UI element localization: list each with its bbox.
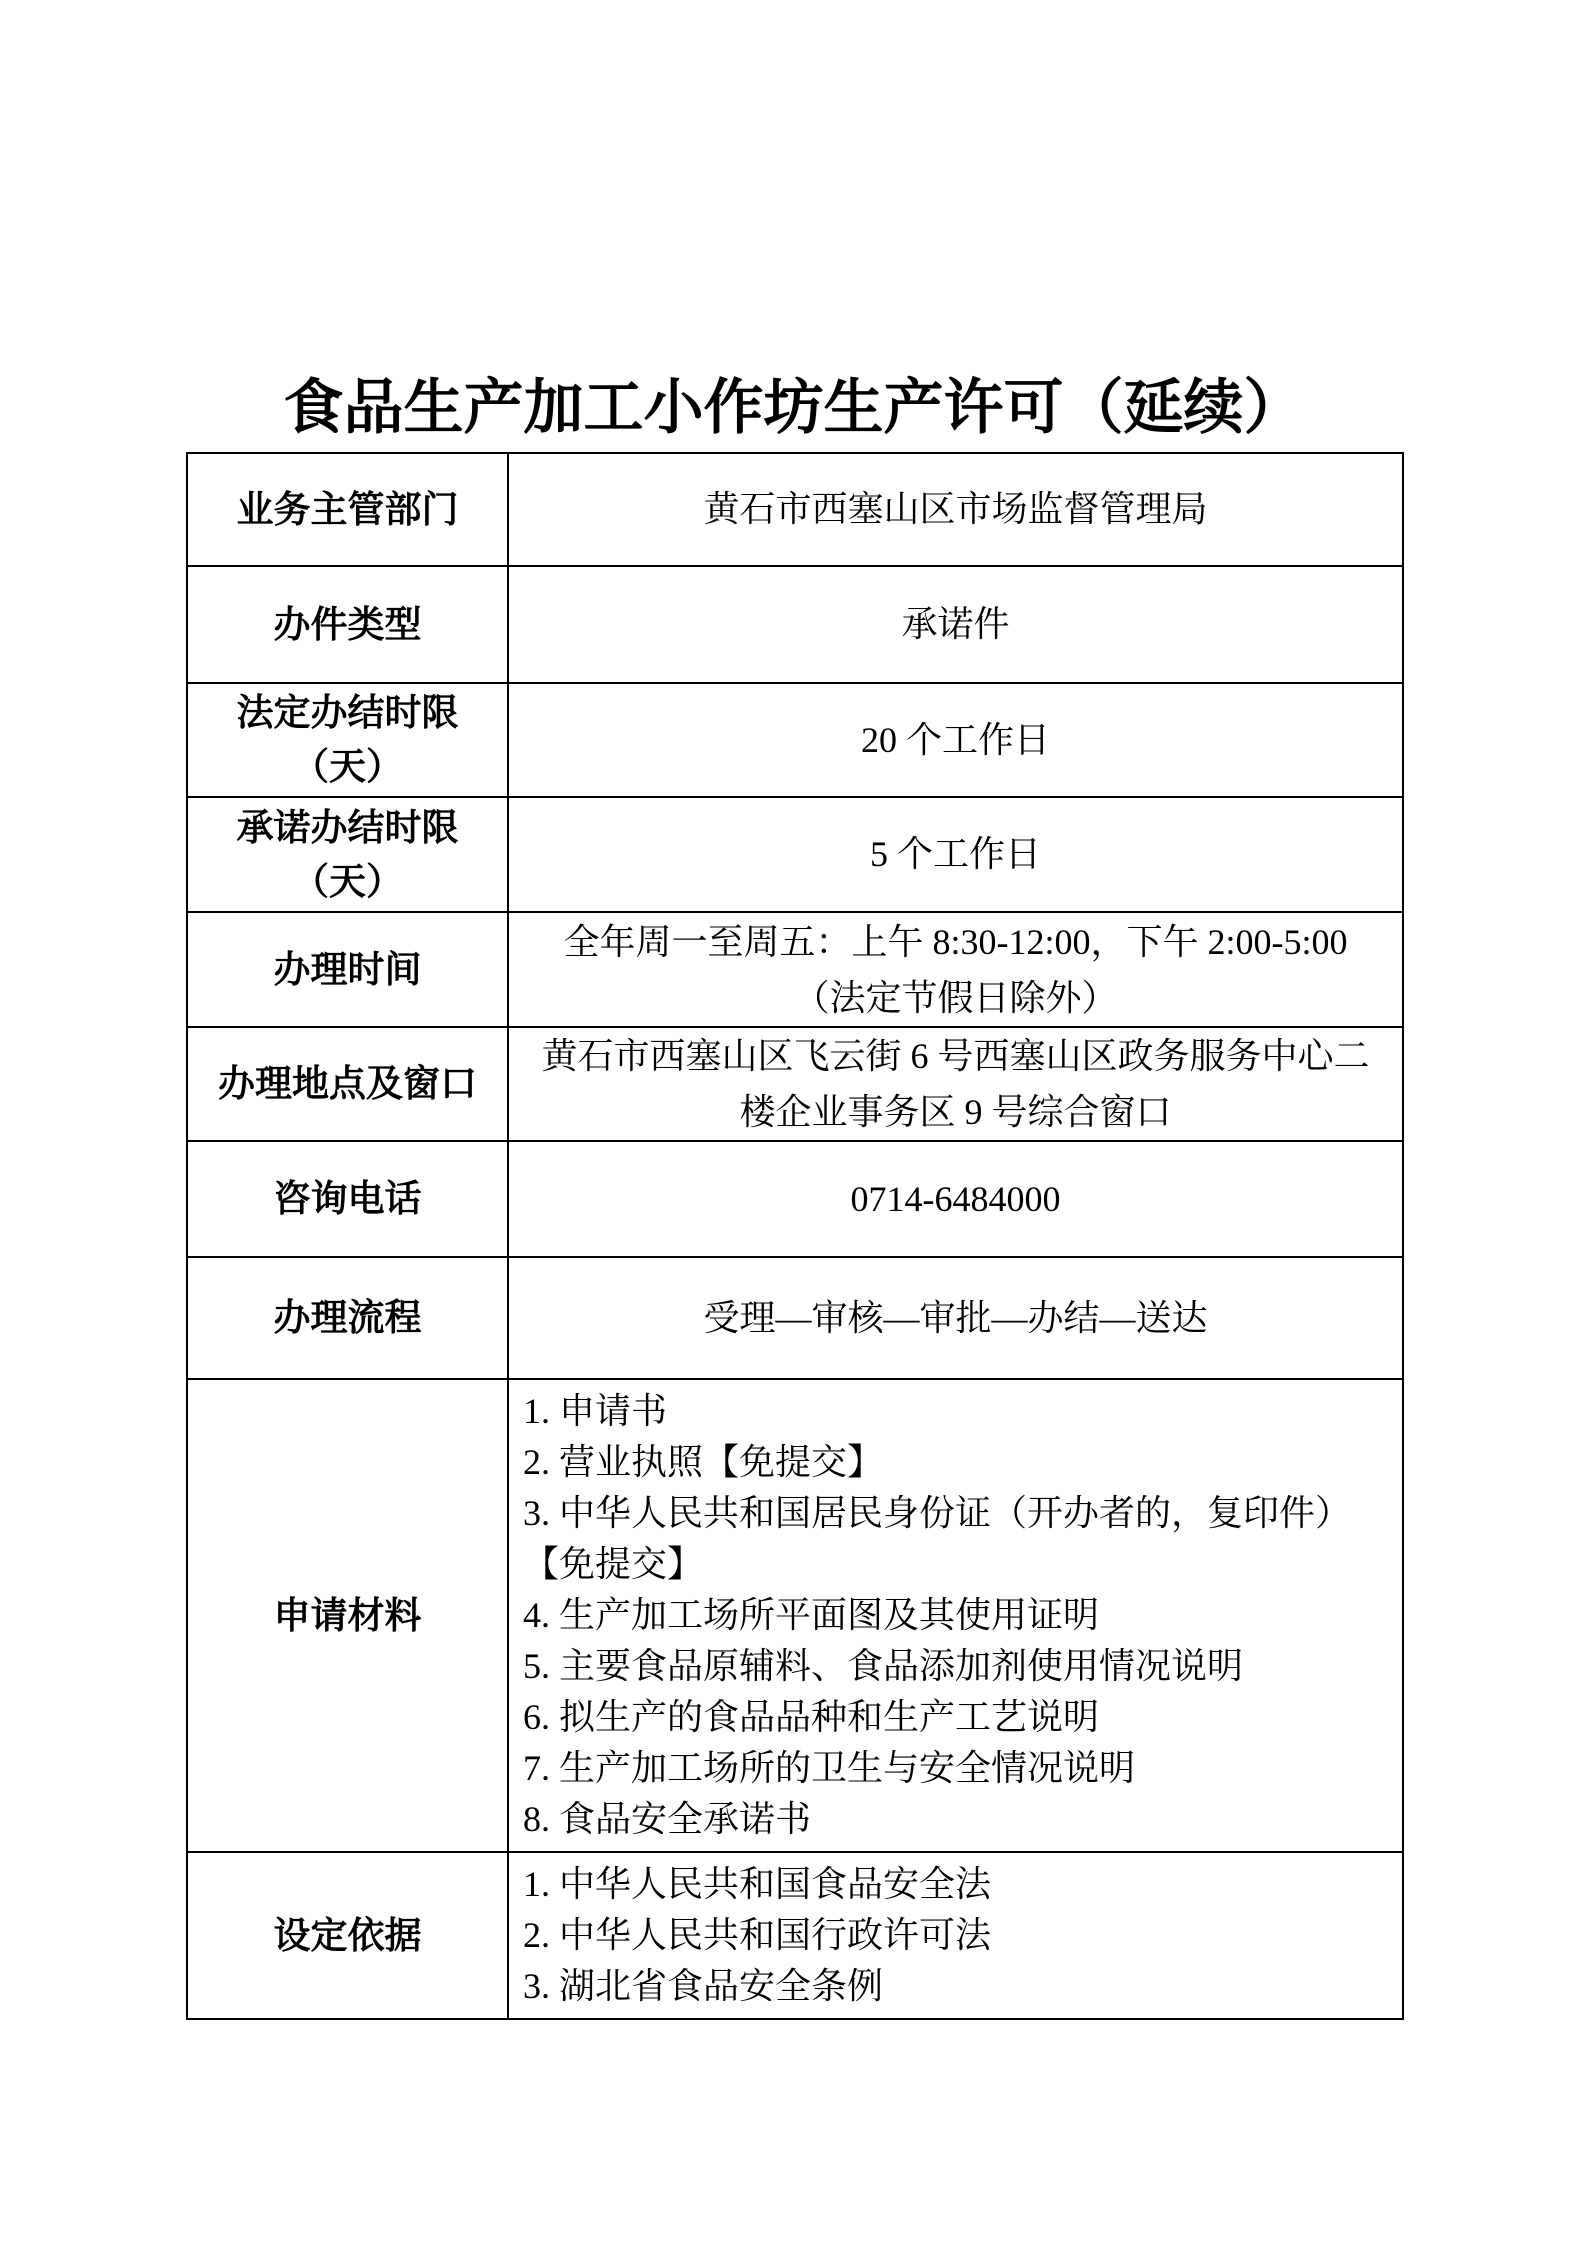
value-lines: 1. 申请书2. 营业执照【免提交】3. 中华人民共和国居民身份证（开办者的，复… xyxy=(523,1386,1390,1845)
row-label: 申请材料 xyxy=(187,1379,508,1852)
value-line: 6. 拟生产的食品品种和生产工艺说明 xyxy=(523,1692,1390,1743)
row-responsible-department: 业务主管部门 黄石市西塞山区市场监督管理局 xyxy=(187,453,1403,566)
value-line: 8. 食品安全承诺书 xyxy=(523,1794,1390,1845)
row-handling-location-window: 办理地点及窗口 黄石市西塞山区飞云街 6 号西塞山区政务服务中心二楼企业事务区 … xyxy=(187,1027,1403,1141)
value-line: 7. 生产加工场所的卫生与安全情况说明 xyxy=(523,1743,1390,1794)
value-line: 黄石市西塞山区飞云街 6 号西塞山区政务服务中心二 xyxy=(521,1028,1390,1084)
row-value: 承诺件 xyxy=(508,566,1403,683)
value-line: 1. 申请书 xyxy=(523,1386,1390,1437)
document-title: 食品生产加工小作坊生产许可（延续） xyxy=(0,372,1587,444)
row-value: 全年周一至周五：上午 8:30-12:00，下午 2:00-5:00（法定节假日… xyxy=(508,912,1403,1027)
row-label: 办理流程 xyxy=(187,1257,508,1379)
row-label: 办件类型 xyxy=(187,566,508,683)
row-statutory-time-limit: 法定办结时限 （天） 20 个工作日 xyxy=(187,683,1403,797)
value-line: 3. 中华人民共和国居民身份证（开办者的，复印件） xyxy=(523,1488,1390,1539)
row-value: 0714-6484000 xyxy=(508,1141,1403,1257)
value-line: 2. 中华人民共和国行政许可法 xyxy=(523,1910,1390,1961)
row-value: 5 个工作日 xyxy=(508,797,1403,912)
value-lines: 全年周一至周五：上午 8:30-12:00，下午 2:00-5:00（法定节假日… xyxy=(521,914,1390,1026)
value-line: 楼企业事务区 9 号综合窗口 xyxy=(521,1084,1390,1140)
row-value: 20 个工作日 xyxy=(508,683,1403,797)
value-line: 5. 主要食品原辅料、食品添加剂使用情况说明 xyxy=(523,1641,1390,1692)
row-handling-process: 办理流程 受理—审核—审批—办结—送达 xyxy=(187,1257,1403,1379)
value-lines: 黄石市西塞山区飞云街 6 号西塞山区政务服务中心二楼企业事务区 9 号综合窗口 xyxy=(521,1028,1390,1140)
row-consultation-phone: 咨询电话 0714-6484000 xyxy=(187,1141,1403,1257)
value-line: 2. 营业执照【免提交】 xyxy=(523,1437,1390,1488)
row-value: 黄石市西塞山区飞云街 6 号西塞山区政务服务中心二楼企业事务区 9 号综合窗口 xyxy=(508,1027,1403,1141)
value-line: （法定节假日除外） xyxy=(521,970,1390,1026)
row-label: 设定依据 xyxy=(187,1852,508,2019)
row-promised-time-limit: 承诺办结时限 （天） 5 个工作日 xyxy=(187,797,1403,912)
value-line: 1. 中华人民共和国食品安全法 xyxy=(523,1859,1390,1910)
row-label: 承诺办结时限 （天） xyxy=(187,797,508,912)
row-value: 1. 申请书2. 营业执照【免提交】3. 中华人民共和国居民身份证（开办者的，复… xyxy=(508,1379,1403,1852)
value-line: 3. 湖北省食品安全条例 xyxy=(523,1961,1390,2012)
value-line: 【免提交】 xyxy=(523,1539,1390,1590)
row-value: 1. 中华人民共和国食品安全法2. 中华人民共和国行政许可法3. 湖北省食品安全… xyxy=(508,1852,1403,2019)
value-lines: 1. 中华人民共和国食品安全法2. 中华人民共和国行政许可法3. 湖北省食品安全… xyxy=(523,1859,1390,2012)
row-item-type: 办件类型 承诺件 xyxy=(187,566,1403,683)
row-value: 受理—审核—审批—办结—送达 xyxy=(508,1257,1403,1379)
value-line: 4. 生产加工场所平面图及其使用证明 xyxy=(523,1590,1390,1641)
value-line: 全年周一至周五：上午 8:30-12:00，下午 2:00-5:00 xyxy=(521,914,1390,970)
row-label: 办理时间 xyxy=(187,912,508,1027)
row-value: 黄石市西塞山区市场监督管理局 xyxy=(508,453,1403,566)
row-application-materials: 申请材料 1. 申请书2. 营业执照【免提交】3. 中华人民共和国居民身份证（开… xyxy=(187,1379,1403,1852)
row-label: 业务主管部门 xyxy=(187,453,508,566)
row-label: 法定办结时限 （天） xyxy=(187,683,508,797)
service-info-table: 业务主管部门 黄石市西塞山区市场监督管理局 办件类型 承诺件 法定办结时限 （天… xyxy=(186,452,1404,2020)
row-label: 办理地点及窗口 xyxy=(187,1027,508,1141)
row-handling-time: 办理时间 全年周一至周五：上午 8:30-12:00，下午 2:00-5:00（… xyxy=(187,912,1403,1027)
row-setting-basis: 设定依据 1. 中华人民共和国食品安全法2. 中华人民共和国行政许可法3. 湖北… xyxy=(187,1852,1403,2019)
row-label: 咨询电话 xyxy=(187,1141,508,1257)
document-page: 食品生产加工小作坊生产许可（延续） 业务主管部门 黄石市西塞山区市场监督管理局 … xyxy=(0,0,1587,2245)
